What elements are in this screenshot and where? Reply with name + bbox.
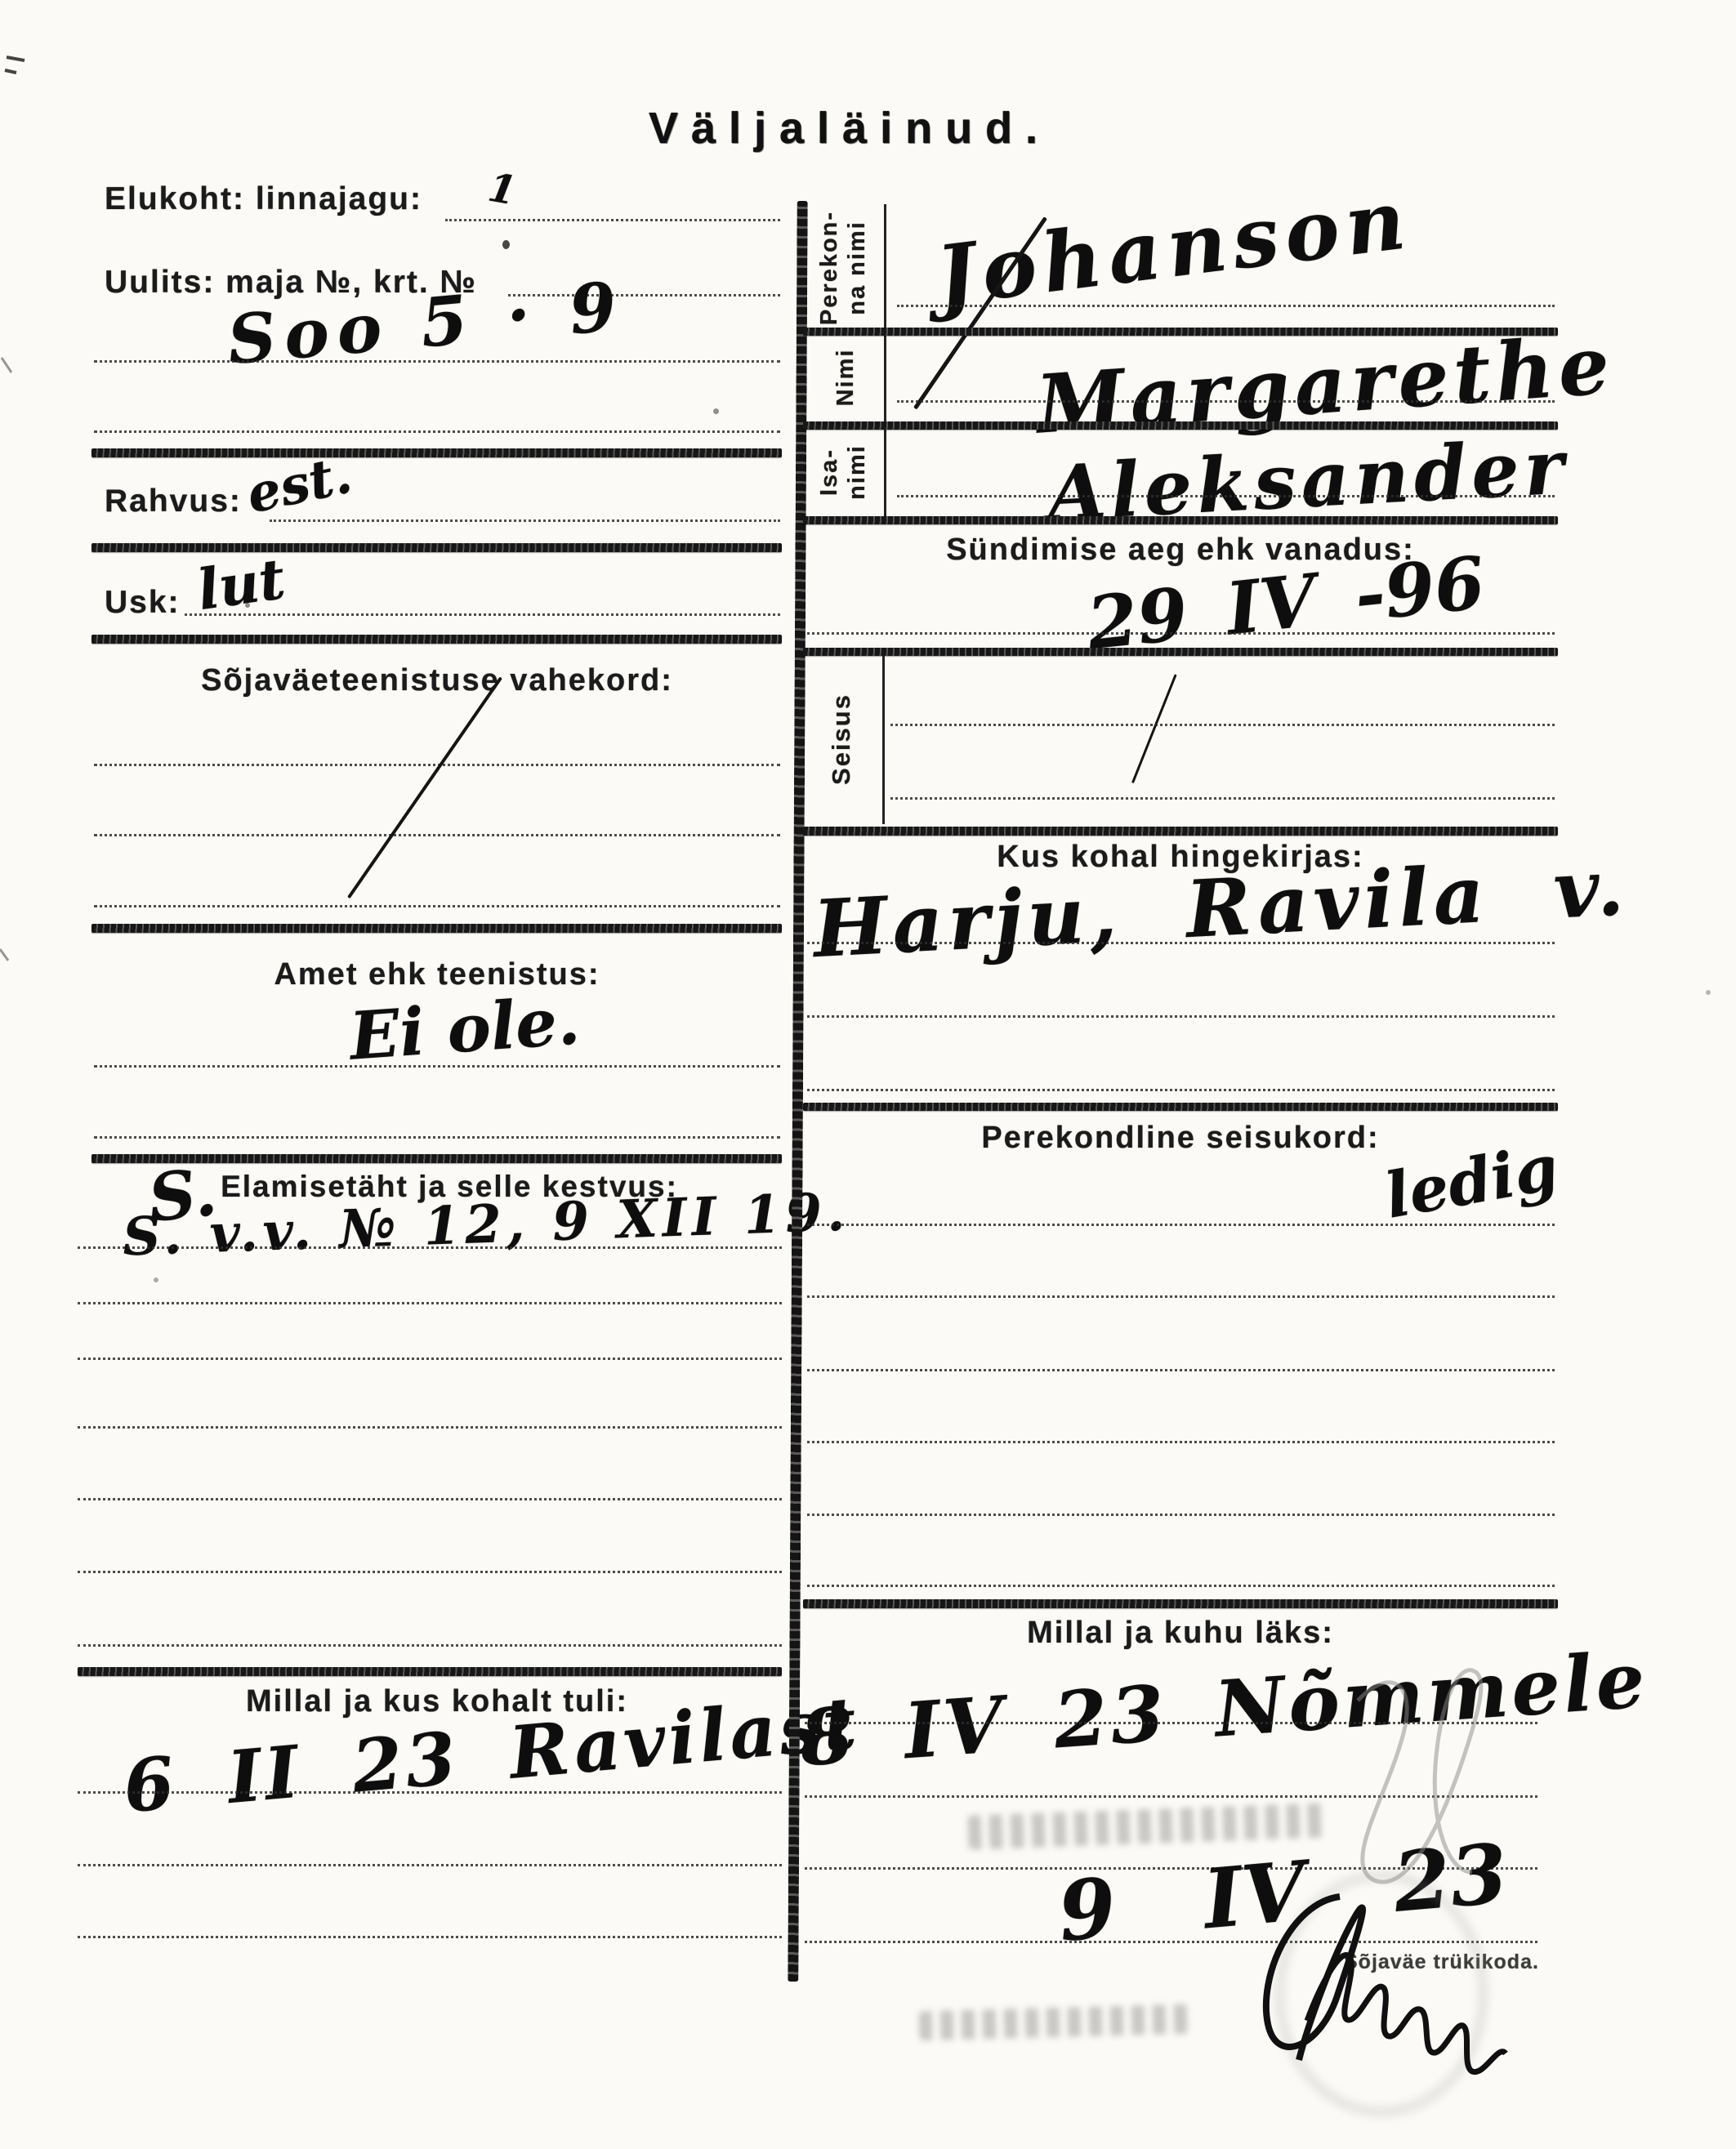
- seisus-column-line: [882, 656, 885, 824]
- dotted-line: [78, 1498, 782, 1500]
- dotted-line: [805, 1795, 1537, 1798]
- seisus-label: Seisus: [819, 674, 864, 805]
- dotted-line: [94, 1136, 780, 1139]
- section-divider-bar: [91, 448, 782, 457]
- scan-speck: [245, 603, 250, 608]
- dotted-line: [78, 1644, 782, 1647]
- dotted-line: [807, 1441, 1555, 1443]
- dotted-line: [890, 797, 1555, 800]
- perekonnanimi-label-line1: Perekon-: [815, 211, 843, 325]
- usk-label: Usk:: [105, 585, 181, 621]
- faint-stamp-smudge: [967, 1803, 1328, 1849]
- nimi-label-text: Nimi: [832, 349, 859, 407]
- seisus-label-text: Seisus: [827, 693, 857, 785]
- dotted-line: [807, 1224, 1555, 1226]
- handwritten-slash: [1131, 674, 1177, 783]
- dotted-line: [94, 360, 780, 363]
- scan-edge-mark: [0, 358, 11, 961]
- dotted-line: [807, 1295, 1555, 1298]
- dotted-line: [78, 1302, 782, 1304]
- elukoht-label: Elukoht: linnajagu:: [105, 181, 422, 217]
- sojavae-header: Sõjaväeteenistuse vahekord:: [94, 663, 780, 698]
- dotted-line: [807, 1015, 1555, 1018]
- scan-speck: [154, 1277, 158, 1282]
- dotted-line: [78, 1791, 782, 1794]
- dotted-line: [94, 430, 780, 433]
- millal-laks-header: Millal ja kuhu läks:: [805, 1616, 1556, 1651]
- perekonnanimi-label-line2: na nimi: [843, 221, 871, 315]
- dotted-line: [94, 1065, 780, 1068]
- section-divider-bar: [803, 1103, 1558, 1111]
- section-divider-bar: [91, 543, 782, 552]
- scan-speck: [713, 408, 719, 414]
- section-divider-bar: [803, 827, 1558, 836]
- faint-stamp-ring: [1276, 1872, 1487, 2116]
- scan-speck: [1706, 990, 1711, 995]
- section-divider-bar: [91, 635, 782, 644]
- dotted-line: [78, 1246, 782, 1249]
- perekonnanimi-handwritten-value: Johanson: [931, 171, 1417, 324]
- dotted-line: [807, 1585, 1555, 1587]
- page-title: Väljaläinud.: [564, 103, 1136, 154]
- rahvus-label: Rahvus:: [105, 484, 242, 519]
- section-divider-bar: [803, 648, 1558, 656]
- section-divider-bar: [91, 924, 782, 933]
- dotted-line: [78, 1426, 782, 1429]
- section-divider-bar: [803, 516, 1558, 524]
- dotted-line: [445, 219, 780, 221]
- name-label-column-line: [884, 204, 886, 519]
- amet-handwritten-value: Ei ole.: [347, 982, 582, 1074]
- dotted-line: [897, 400, 1555, 403]
- isanimi-label-line2: nimi: [843, 444, 871, 500]
- dotted-line: [94, 905, 780, 907]
- dotted-line: [805, 1722, 1537, 1724]
- dotted-line: [807, 1369, 1555, 1371]
- handwritten-slash: [347, 676, 502, 898]
- scan-edge-mark: [5, 57, 25, 73]
- dotted-line: [807, 942, 1555, 944]
- perekonnanimi-label: Perekon- na nimi: [817, 203, 869, 333]
- elukoht-handwritten-value: 1: [484, 165, 520, 215]
- dotted-line: [890, 724, 1555, 726]
- dotted-line: [807, 1089, 1555, 1091]
- section-divider-bar: [803, 1599, 1558, 1608]
- dotted-line: [185, 613, 780, 616]
- millal-laks-handwritten-value: 8 IV 23 Nõmmele: [797, 1635, 1650, 1784]
- dotted-line: [807, 632, 1555, 635]
- dotted-line: [78, 1936, 782, 1938]
- isanimi-label-line1: Isa-: [815, 448, 843, 496]
- faint-stamp-smudge: [919, 2004, 1189, 2041]
- section-divider-bar: [78, 1667, 782, 1676]
- scanned-form-page: Väljaläinud. Elukoht: linnajagu: 1 Uulit…: [0, 0, 1736, 2149]
- dotted-line: [78, 1864, 782, 1866]
- dotted-line: [94, 834, 780, 836]
- amet-header: Amet ehk teenistus:: [94, 957, 780, 992]
- dotted-line: [78, 1571, 782, 1573]
- dotted-line: [270, 519, 780, 522]
- dotted-line: [897, 305, 1555, 307]
- dotted-line: [807, 1514, 1555, 1516]
- usk-handwritten-value: lut: [194, 546, 289, 623]
- dotted-line: [78, 1358, 782, 1360]
- dotted-line: [897, 495, 1555, 497]
- ink-dot: [502, 240, 510, 249]
